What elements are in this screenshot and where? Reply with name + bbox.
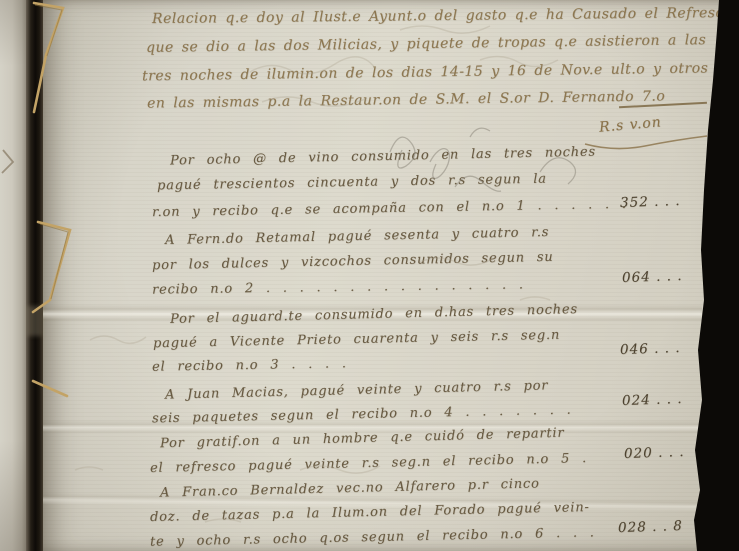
entry-amount: 352 . . . <box>620 193 681 211</box>
entry-amount: 024 . . . <box>622 391 683 409</box>
entry-amount: 020 . . . <box>624 444 685 462</box>
manuscript-photo: Relacion q.e doy al Ilust.e Ayunt.o del … <box>0 0 739 551</box>
entry-amount: 046 . . . <box>620 340 681 358</box>
facing-page-edge <box>0 0 27 551</box>
entry-amount: 064 . . . <box>622 268 683 286</box>
binding-gutter <box>26 0 43 551</box>
binding-gutter-fold <box>27 306 42 336</box>
entry-amount: 028 . . 8 <box>618 518 683 536</box>
